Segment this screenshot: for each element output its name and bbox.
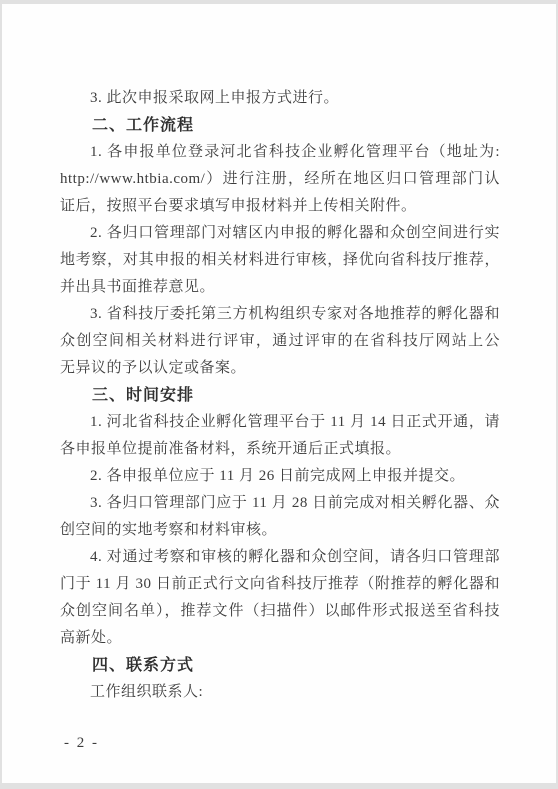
body-line: 证后，按照平台要求填写申报材料并上传相关附件。 [60, 193, 500, 220]
body-line: 工作组织联系人: [60, 679, 500, 706]
body-line: 创空间的实地考察和材料审核。 [60, 517, 500, 544]
body-line: 门于 11 月 30 日前正式行文向省科技厅推荐（附推荐的孵化器和 [60, 571, 500, 598]
body-line: 1. 河北省科技企业孵化管理平台于 11 月 14 日正式开通，请 [60, 409, 500, 436]
page-number: - 2 - [64, 730, 99, 757]
body-line: 3. 省科技厅委托第三方机构组织专家对各地推荐的孵化器和 [60, 301, 500, 328]
body-line: 各申报单位提前准备材料，系统开通后正式填报。 [60, 436, 500, 463]
body-line: 4. 对通过考察和审核的孵化器和众创空间，请各归口管理部 [60, 544, 500, 571]
body-line: 无异议的予以认定或备案。 [60, 355, 500, 382]
body-line: 3. 此次申报采取网上申报方式进行。 [60, 85, 500, 112]
body-line: 高新处。 [60, 625, 500, 652]
body-line: 地考察，对其申报的相关材料进行审核，择优向省科技厅推荐， [60, 247, 500, 274]
body-line: 并出具书面推荐意见。 [60, 274, 500, 301]
body-line: 众创空间名单），推荐文件（扫描件）以邮件形式报送至省科技厅 [60, 598, 500, 625]
document-viewer: { "colors": { "sheet_background": "#fefe… [0, 0, 558, 789]
section-heading-schedule: 三、时间安排 [60, 382, 500, 409]
section-heading-contact: 四、联系方式 [60, 652, 500, 679]
page-content: 3. 此次申报采取网上申报方式进行。 二、工作流程 1. 各申报单位登录河北省科… [60, 85, 500, 706]
body-line: 众创空间相关材料进行评审，通过评审的在省科技厅网站上公示， [60, 328, 500, 355]
section-heading-workflow: 二、工作流程 [60, 112, 500, 139]
body-line: 2. 各申报单位应于 11 月 26 日前完成网上申报并提交。 [60, 463, 500, 490]
body-line: 3. 各归口管理部门应于 11 月 28 日前完成对相关孵化器、众 [60, 490, 500, 517]
body-line: 2. 各归口管理部门对辖区内申报的孵化器和众创空间进行实 [60, 220, 500, 247]
document-page: 3. 此次申报采取网上申报方式进行。 二、工作流程 1. 各申报单位登录河北省科… [2, 4, 556, 783]
body-line: 1. 各申报单位登录河北省科技企业孵化管理平台（地址为: [60, 139, 500, 166]
body-line-url: http://www.htbia.com/）进行注册，经所在地区归口管理部门认 [60, 166, 500, 193]
